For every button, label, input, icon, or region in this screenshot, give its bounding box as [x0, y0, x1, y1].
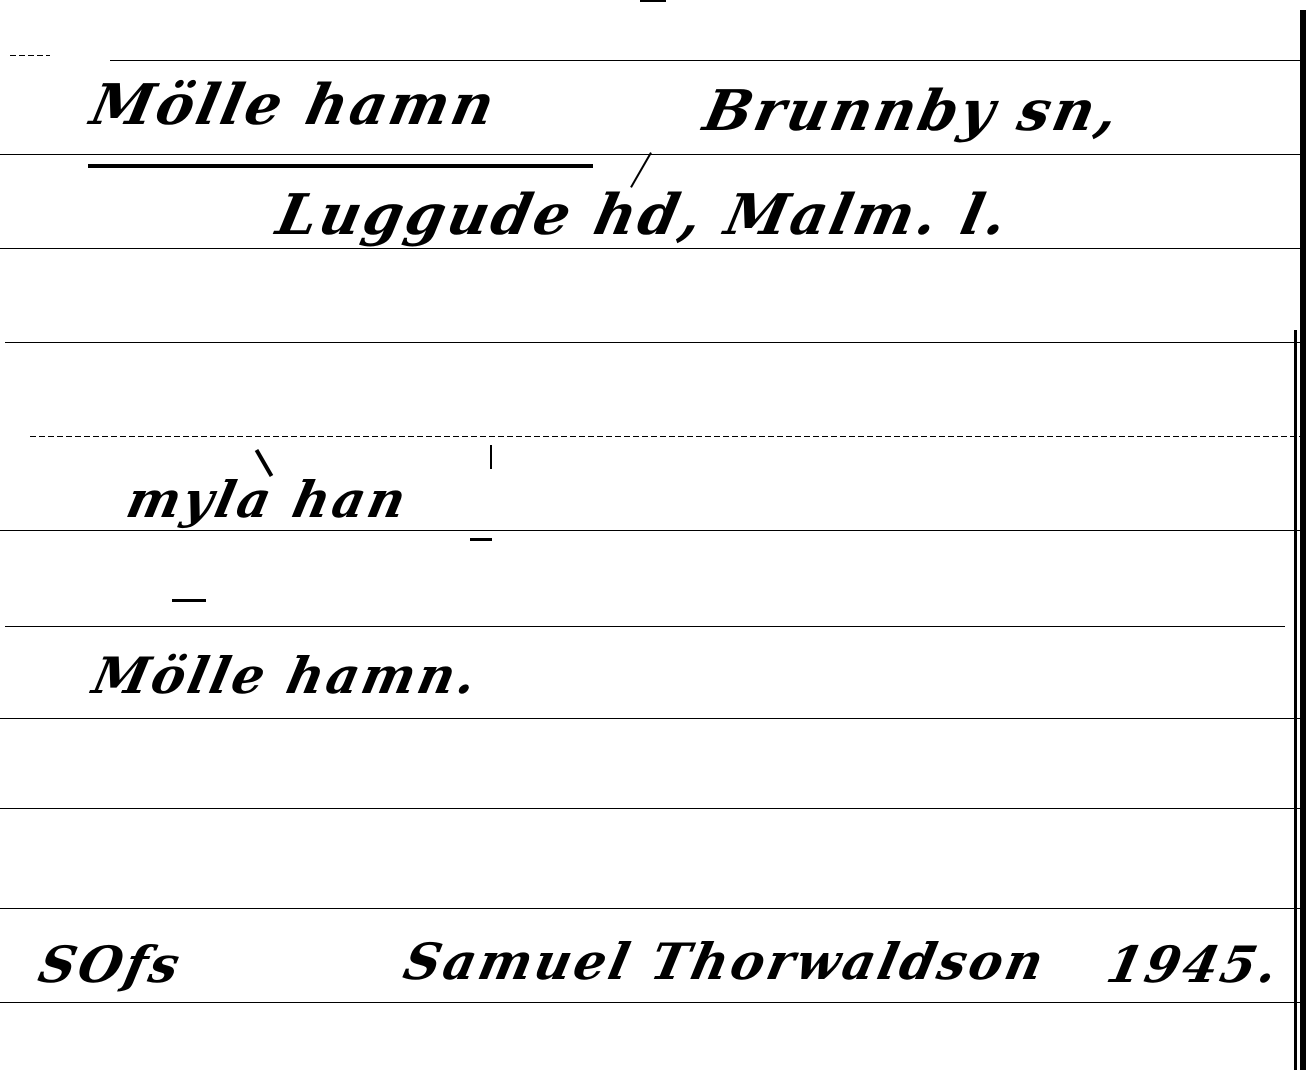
ruled-line	[0, 530, 1300, 531]
recorder-name: Samuel Thorwaldson	[399, 932, 1052, 991]
record-card: Mölle hamn Brunnby sn, Luggude hd, Malm.…	[0, 0, 1314, 1083]
standard-form-text: Mölle hamn.	[88, 646, 485, 705]
source-abbreviation: SOfs	[34, 935, 188, 994]
ruled-line	[5, 626, 1285, 627]
acute-accent-mark	[490, 445, 492, 469]
district-text: Luggude hd, Malm. l.	[271, 182, 1016, 248]
ruled-line	[5, 342, 1300, 343]
ruled-line	[0, 808, 1300, 809]
descender-mark	[172, 599, 206, 602]
ruled-line	[0, 908, 1300, 909]
place-name-text: Mölle hamn	[85, 72, 503, 138]
ruled-line	[0, 718, 1300, 719]
card-right-edge-inner	[1294, 330, 1297, 1070]
parish-text: Brunnby sn,	[698, 78, 1127, 144]
vowel-length-mark	[470, 538, 492, 541]
card-right-edge	[1300, 10, 1306, 1070]
ruled-line	[10, 55, 50, 56]
record-year: 1945.	[1102, 935, 1286, 994]
ruled-line	[0, 248, 1300, 249]
ruled-line	[0, 1002, 1300, 1003]
ruled-line	[110, 60, 1300, 61]
phonetic-form-text: myla han	[122, 470, 414, 529]
top-scan-mark	[640, 0, 666, 2]
place-name-underline	[88, 164, 593, 168]
ruled-line	[30, 436, 1300, 437]
